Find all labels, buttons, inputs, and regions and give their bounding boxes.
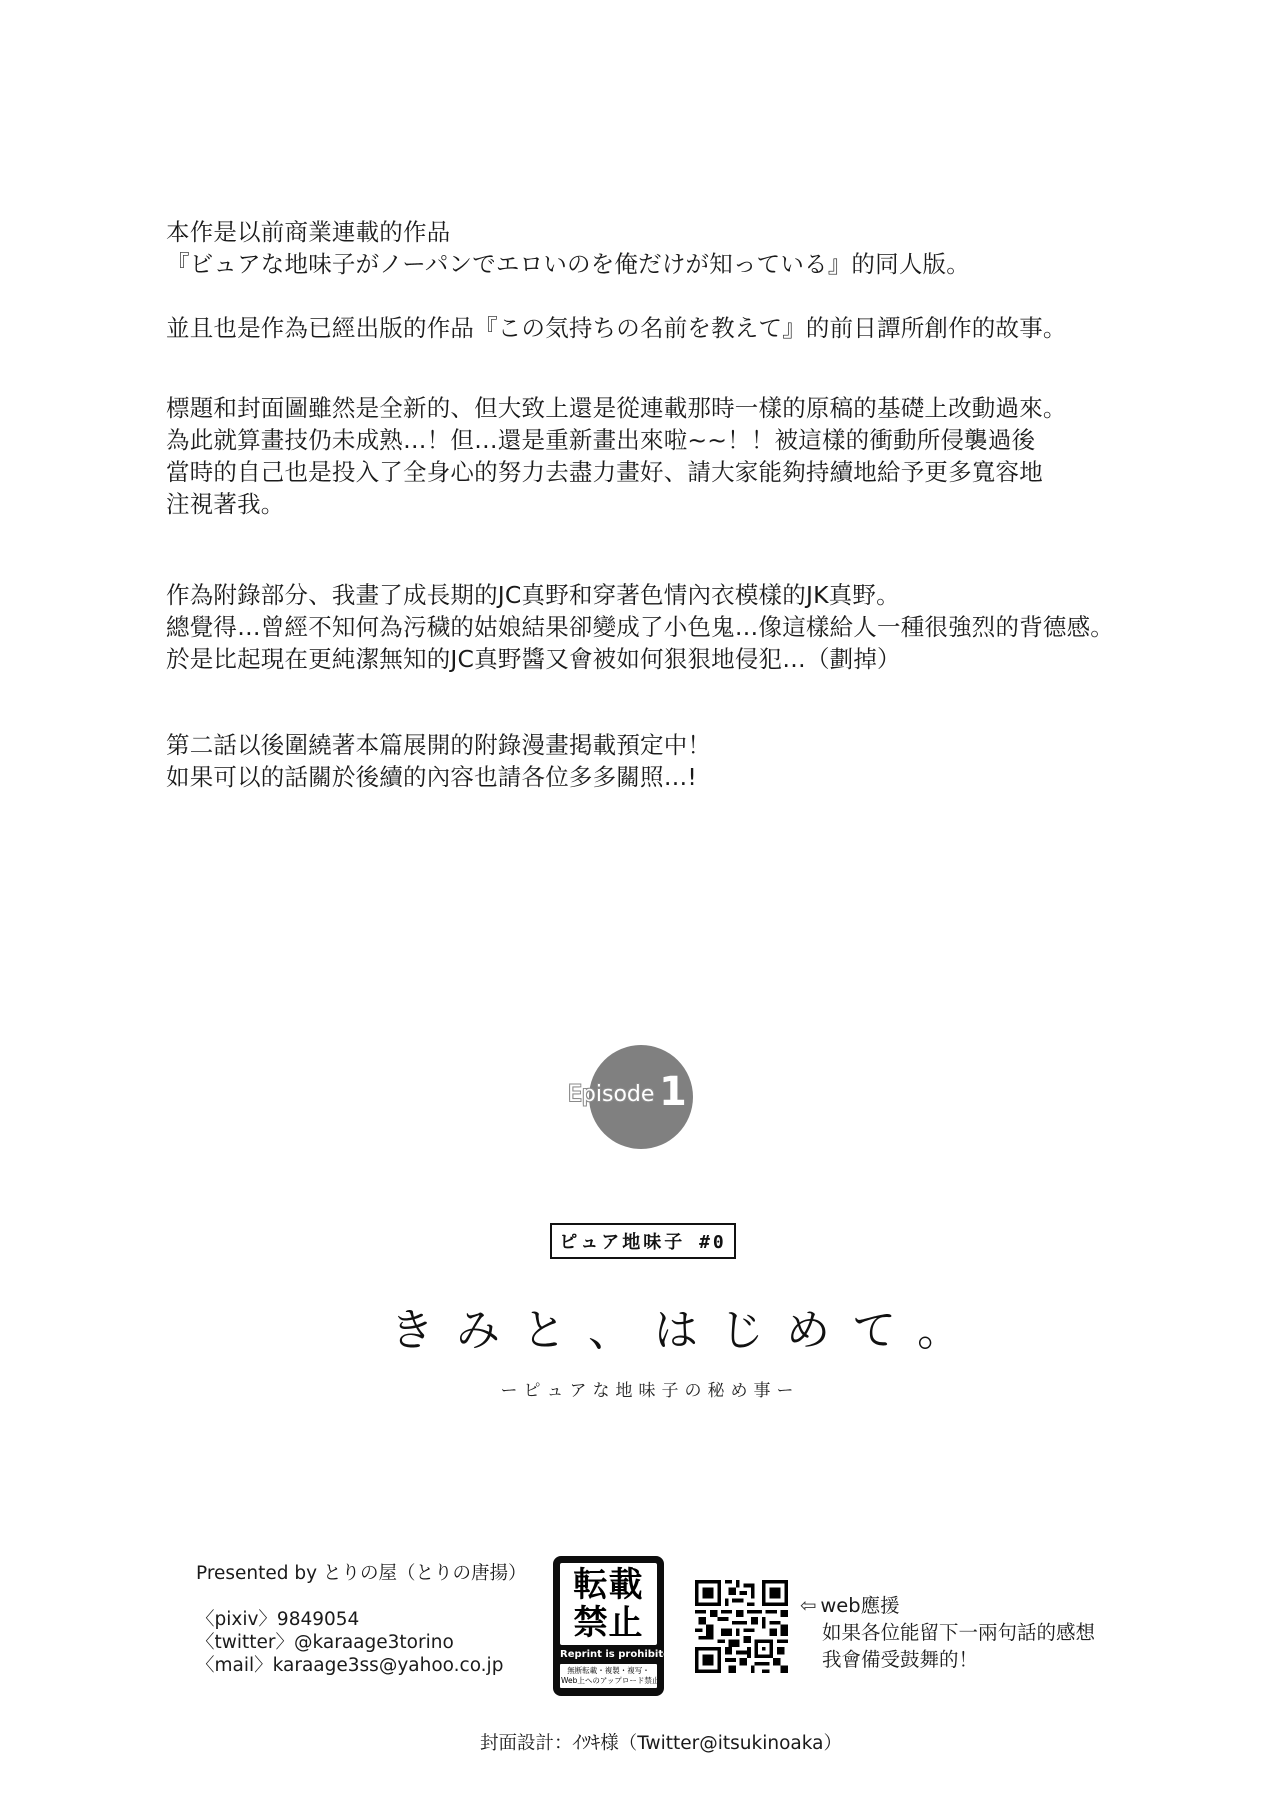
text-line: 本作是以前商業連載的作品 xyxy=(166,216,970,248)
author-credits: Presented by とりの屋（とりの唐揚） 〈pixiv〉9849054 … xyxy=(196,1562,527,1677)
text-line: 第二話以後圍繞著本篇展開的附錄漫畫掲載預定中！ xyxy=(166,729,711,761)
series-label-box: ピュア地味子 #0 xyxy=(550,1223,736,1259)
episode-number: 1 xyxy=(659,1070,687,1114)
text-line: 於是比起現在更純潔無知的JC真野醬又會被如何狠狠地侵犯…（劃掉） xyxy=(166,643,1114,675)
text-line: 『ビュアな地味子がノーパンでエロいのを俺だけが知っている』的同人版。 xyxy=(166,248,970,280)
web-support-line: 如果各位能留下一兩句話的感想 xyxy=(800,1619,1095,1646)
arrow-left-icon: ⇦ xyxy=(800,1594,816,1617)
web-support-line: 我會備受鼓舞的！ xyxy=(800,1646,1095,1673)
reprint-kanji-line-1: 転載 xyxy=(574,1566,644,1604)
text-line: 當時的自己也是投入了全身心的努力去盡力畫好、請大家能夠持續地給予更多寬容地 xyxy=(166,456,1067,488)
reprint-kanji-line-2: 禁止 xyxy=(574,1604,644,1642)
text-line: 標題和封面圖雖然是全新的、但大致上還是從連載那時一樣的原稿的基礎上改動過來。 xyxy=(166,392,1067,424)
sub-title: ーピュアな地味子の秘め事ー xyxy=(380,1380,920,1402)
web-support-title: web應援 xyxy=(820,1594,899,1617)
main-title: きみと、はじめて。 xyxy=(390,1305,910,1357)
web-support-heading: ⇦web應援 xyxy=(800,1592,1095,1619)
afterword-paragraph-1: 本作是以前商業連載的作品 『ビュアな地味子がノーパンでエロいのを俺だけが知ってい… xyxy=(166,216,970,280)
afterword-paragraph-4: 作為附錄部分、我畫了成長期的JC真野和穿著色情內衣模樣的JK真野。 總覺得…曾經… xyxy=(166,579,1114,675)
text-line: 作為附錄部分、我畫了成長期的JC真野和穿著色情內衣模樣的JK真野。 xyxy=(166,579,1114,611)
contact-pixiv: 〈pixiv〉9849054 xyxy=(196,1608,527,1631)
afterword-paragraph-5: 第二話以後圍繞著本篇展開的附錄漫畫掲載預定中！ 如果可以的話關於後續的內容也請各… xyxy=(166,729,711,793)
presented-by: Presented by とりの屋（とりの唐揚） xyxy=(196,1562,527,1585)
cover-design-credit: 封面設計：ｲﾂｷ様（Twitter@itsukinoaka） xyxy=(480,1732,842,1756)
reprint-kanji-box: 転載 禁止 xyxy=(560,1563,657,1645)
text-line: 為此就算畫技仍未成熟…！但…還是重新畫出來啦~~！！被這樣的衝動所侵襲過後 xyxy=(166,424,1067,456)
qr-code-icon[interactable] xyxy=(695,1580,788,1673)
contact-mail: 〈mail〉karaage3ss@yahoo.co.jp xyxy=(196,1654,527,1677)
text-line: 如果可以的話關於後續的內容也請各位多多關照…! xyxy=(166,761,711,793)
web-support: ⇦web應援 如果各位能留下一兩句話的感想 我會備受鼓舞的！ xyxy=(800,1592,1095,1673)
reprint-prohibited-badge: 転載 禁止 Reprint is prohibited. 無断転載・複製・複写・… xyxy=(553,1556,664,1696)
contact-twitter: 〈twitter〉@karaage3torino xyxy=(196,1631,527,1654)
reprint-japanese-line-1: 無断転載・複製・複写・ xyxy=(561,1666,656,1676)
text-line: 總覺得…曾經不知何為污穢的姑娘結果卻變成了小色鬼…像這樣給人一種很強烈的背德感。 xyxy=(166,611,1114,643)
afterword-paragraph-3: 標題和封面圖雖然是全新的、但大致上還是從連載那時一樣的原稿的基礎上改動過來。 為… xyxy=(166,392,1067,520)
episode-label: Episode xyxy=(568,1082,654,1108)
text-line: 並且也是作為已經出版的作品『この気持ちの名前を教えて』的前日譚所創作的故事。 xyxy=(166,312,1067,344)
reprint-japanese: 無断転載・複製・複写・ Web上へのアップロード禁止 xyxy=(560,1664,657,1688)
reprint-english: Reprint is prohibited. xyxy=(560,1648,657,1662)
afterword-paragraph-2: 並且也是作為已經出版的作品『この気持ちの名前を教えて』的前日譚所創作的故事。 xyxy=(166,312,1067,344)
reprint-japanese-line-2: Web上へのアップロード禁止 xyxy=(561,1676,656,1686)
text-line: 注視著我。 xyxy=(166,488,1067,520)
